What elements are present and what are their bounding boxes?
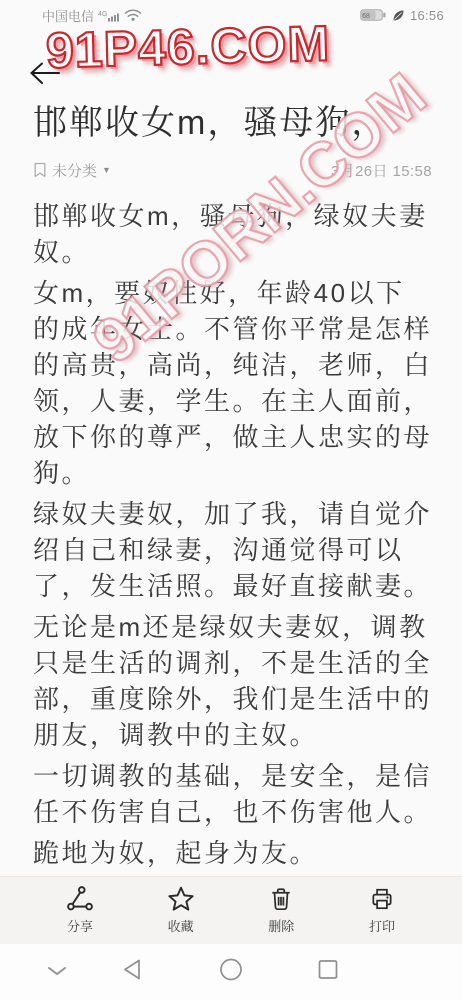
trash-icon bbox=[268, 886, 294, 912]
note-title[interactable]: 邯郸收女m，骚母狗， bbox=[33, 100, 432, 146]
nav-back-button[interactable] bbox=[121, 958, 143, 987]
recents-square-icon bbox=[317, 959, 339, 981]
hide-navbar-button[interactable] bbox=[47, 963, 67, 981]
print-label: 打印 bbox=[369, 916, 395, 935]
favorite-button[interactable]: 收藏 bbox=[151, 886, 211, 935]
print-button[interactable]: 打印 bbox=[352, 886, 412, 935]
back-triangle-icon bbox=[121, 958, 143, 982]
carrier-label: 中国电信 bbox=[42, 6, 94, 25]
back-arrow-icon bbox=[28, 61, 62, 87]
status-left-group: 中国电信 4G bbox=[42, 6, 142, 25]
share-button[interactable]: 分享 bbox=[50, 886, 110, 935]
note-date: 3月26日 15:58 bbox=[331, 160, 432, 181]
battery-percent-label: 68 bbox=[362, 13, 370, 20]
share-icon bbox=[66, 886, 94, 912]
chevron-down-icon bbox=[47, 966, 67, 976]
delete-label: 删除 bbox=[268, 916, 294, 935]
category-selector[interactable]: 未分类 ▼ bbox=[33, 160, 111, 181]
star-icon bbox=[167, 886, 195, 912]
nav-recents-button[interactable] bbox=[317, 959, 339, 986]
battery-icon: 68 bbox=[360, 8, 387, 22]
note-paragraph: 无论是m还是绿奴夫妻奴，调教只是生活的调剂，不是生活的全部，重度除外，我们是生活… bbox=[33, 609, 432, 753]
note-paragraph: 跪地为奴，起身为友。 bbox=[33, 835, 432, 871]
chevron-down-icon: ▼ bbox=[102, 165, 111, 175]
power-saving-leaf-icon bbox=[392, 9, 405, 22]
share-label: 分享 bbox=[67, 916, 93, 935]
status-right-group: 68 16:56 bbox=[360, 8, 444, 23]
favorite-label: 收藏 bbox=[168, 916, 194, 935]
note-paragraph: 女m，要奴性好，年龄40以下的成年女士。不管你平常是怎样的高贵，高尚，纯洁，老师… bbox=[33, 275, 432, 491]
cell-signal-icon: 4G bbox=[98, 8, 120, 22]
back-button[interactable] bbox=[28, 56, 66, 92]
category-label: 未分类 bbox=[52, 160, 97, 181]
wifi-icon bbox=[124, 8, 142, 22]
note-meta-row: 未分类 ▼ 3月26日 15:58 bbox=[33, 159, 432, 181]
bookmark-icon bbox=[33, 162, 47, 178]
delete-button[interactable]: 删除 bbox=[251, 886, 311, 935]
action-toolbar: 分享 收藏 删除 bbox=[0, 876, 462, 944]
nav-home-button[interactable] bbox=[219, 958, 243, 987]
status-bar: 中国电信 4G 68 bbox=[0, 0, 462, 28]
printer-icon bbox=[369, 886, 395, 912]
note-paragraph: 邯郸收女m，骚母狗，绿奴夫妻奴。 bbox=[33, 198, 432, 270]
phone-screen: 中国电信 4G 68 bbox=[0, 0, 462, 1000]
navigation-bar bbox=[0, 944, 462, 1000]
note-paragraph: 绿奴夫妻奴，加了我，请自觉介绍自己和绿妻，沟通觉得可以了，发生活照。最好直接献妻… bbox=[33, 496, 432, 604]
home-circle-icon bbox=[219, 958, 243, 982]
note-body[interactable]: 邯郸收女m，骚母狗，绿奴夫妻奴。女m，要奴性好，年龄40以下的成年女士。不管你平… bbox=[33, 198, 432, 912]
note-paragraph: 一切调教的基础，是安全，是信任不伤害自己，也不伤害他人。 bbox=[33, 758, 432, 830]
network-type-label: 4G bbox=[98, 11, 107, 18]
note-view: 邯郸收女m，骚母狗， 未分类 ▼ 3月26日 15:58 邯郸收女m，骚母狗，绿… bbox=[33, 100, 432, 917]
clock-label: 16:56 bbox=[410, 8, 444, 23]
